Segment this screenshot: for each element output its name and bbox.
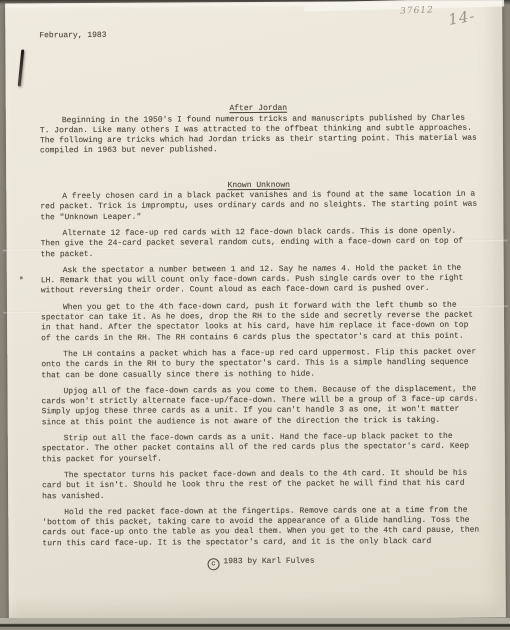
copyright-text: 1983 by Karl Fulves [223, 557, 314, 567]
copyright-line: c1983 by Karl Fulves [43, 556, 480, 572]
paragraph: Upjog all of the face-down cards as you … [41, 384, 478, 428]
paragraph: Strip out all the face-down cards as a u… [42, 432, 479, 466]
staple-icon [18, 49, 25, 86]
paragraph: When you get to the 4th face-down card, … [41, 300, 478, 344]
photo-background: 37612 14- February, 1983 After Jordan Be… [0, 0, 510, 630]
paragraph: Alternate 12 face-up red cards with 12 f… [40, 227, 477, 261]
document-date: February, 1983 [39, 29, 476, 42]
paragraph: The LH contains a packet which has a fac… [41, 348, 478, 382]
intro-paragraph: Beginning in the 1950's I found numerous… [40, 113, 477, 157]
paragraph: A freely chosen card in a black packet v… [40, 190, 477, 224]
copyright-symbol-icon: c [207, 558, 219, 570]
paragraph: The spectator turns his packet face-down… [42, 469, 479, 503]
paragraph-list: A freely chosen card in a black packet v… [40, 190, 479, 550]
document-content: February, 1983 After Jordan Beginning in… [39, 18, 479, 572]
paragraph: Hold the red packet face-down at the fin… [42, 505, 479, 549]
paragraph: Ask the spectator a number between 1 and… [41, 264, 478, 298]
document-page: 37612 14- February, 1983 After Jordan Be… [5, 1, 506, 620]
handwritten-catalog-number: 37612 [400, 5, 434, 16]
paper-speck [20, 276, 23, 279]
